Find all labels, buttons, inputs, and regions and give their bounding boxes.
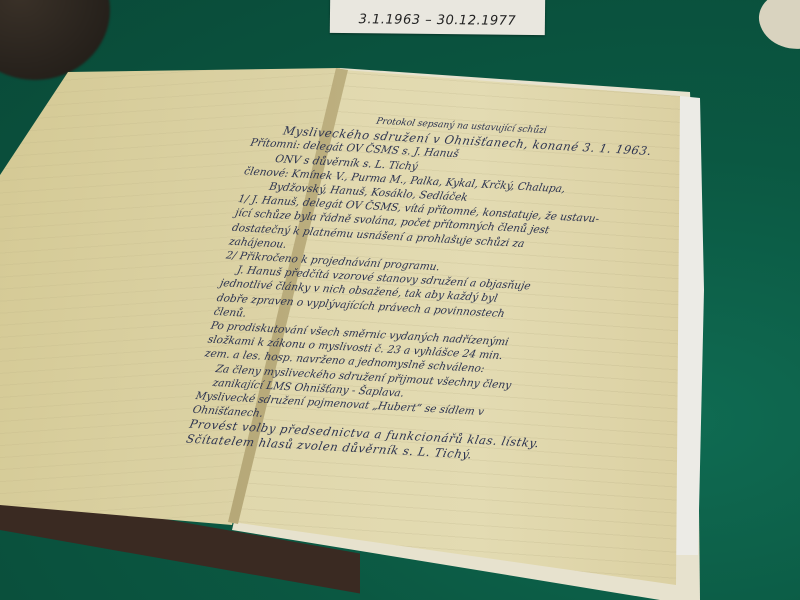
open-book: Protokol sepsaný na ustavující schůzi My… <box>0 0 800 600</box>
handwritten-minutes: Protokol sepsaný na ustavující schůzi My… <box>185 108 667 468</box>
